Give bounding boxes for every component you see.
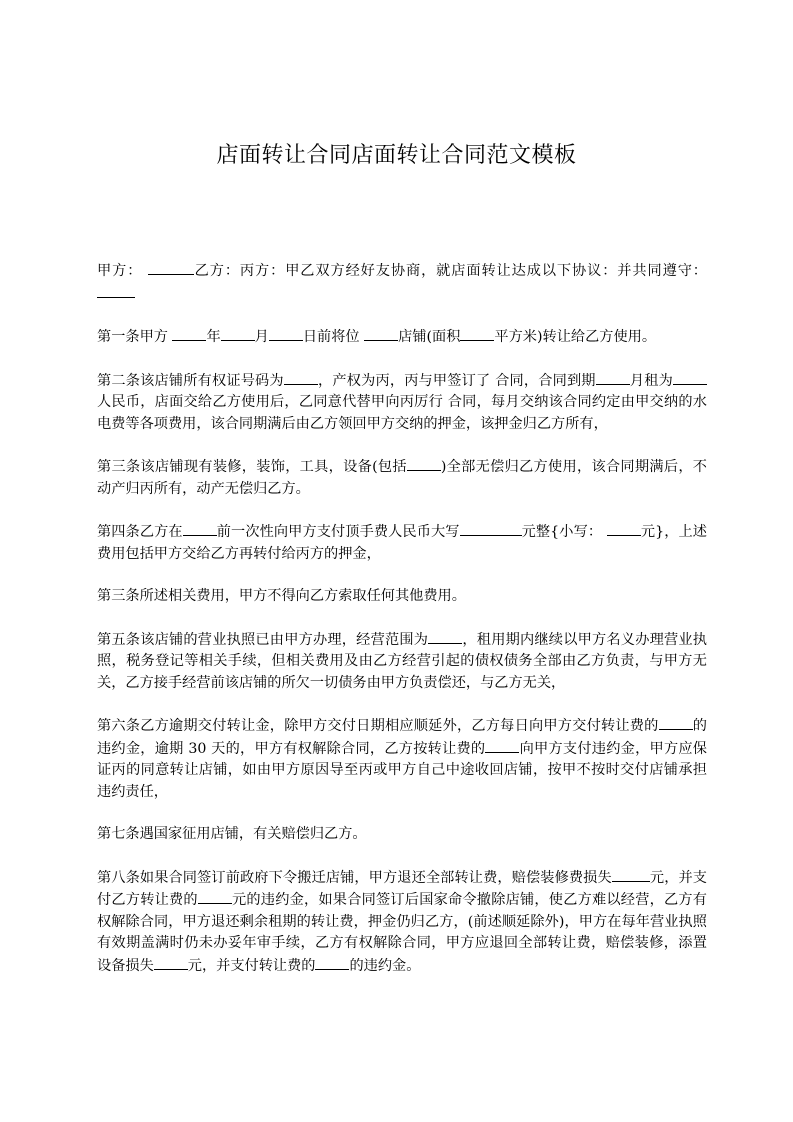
article-8: 第八条如果合同签订前政府下令搬迁店铺，甲方退还全部转让费，赔偿装修费损失元，并支… (97, 867, 707, 978)
article-1: 第一条甲方 年月日前将位 店铺(面积平方米)转让给乙方使用。 (97, 326, 707, 349)
penalty-rate-blank[interactable] (485, 738, 519, 753)
location-blank[interactable] (364, 326, 398, 341)
text: 月租为 (630, 373, 673, 389)
expiry-blank[interactable] (596, 370, 630, 385)
month-blank[interactable] (221, 326, 255, 341)
day-blank[interactable] (269, 326, 303, 341)
daily-penalty-blank[interactable] (659, 715, 693, 730)
text: 人民币，店面交给乙方使用后，乙同意代替甲向丙厉行 合同，每月交纳该合同约定由甲交… (97, 394, 707, 432)
text: 第八条如果合同签订前政府下令搬迁店铺，甲方退还全部转让费，赔偿装修费损失 (97, 870, 612, 886)
text: 日前将位 (303, 329, 364, 345)
article-4: 第四条乙方在前一次性向甲方支付顶手费人民币大写元整{小写： 元}，上述费用包括甲… (97, 521, 707, 565)
article-3: 第三条该店铺现有装修，装饰，工具，设备(包括)全部无偿归乙方使用，该合同期满后，… (97, 456, 707, 500)
article-7: 第七条遇国家征用店铺，有关赔偿归乙方。 (97, 824, 707, 846)
article-3b: 第三条所述相关费用，甲方不得向乙方索取任何其他费用。 (97, 586, 707, 608)
document-page: 店面转让合同店面转让合同范文模板 甲方： 乙方：丙方：甲乙双方经好友协商，就店面… (0, 0, 793, 1122)
text: 第二条该店铺所有权证号码为 (97, 373, 284, 389)
text: 月 (255, 329, 269, 345)
text: 第五条该店铺的营业执照已由甲方办理，经营范围为 (97, 632, 428, 648)
party-a-label: 甲方： (97, 263, 142, 279)
article-2: 第二条该店铺所有权证号码为，产权为丙，丙与甲签订了 合同，合同到期月租为人民币，… (97, 370, 707, 436)
signature-blank[interactable] (97, 283, 135, 298)
text: 店铺(面积 (398, 329, 460, 345)
area-blank[interactable] (460, 326, 494, 341)
business-scope-blank[interactable] (428, 629, 462, 644)
certificate-number-blank[interactable] (284, 370, 318, 385)
text: 元，并支付转让费的 (188, 958, 316, 974)
equipment-loss-blank[interactable] (154, 955, 188, 970)
text: 第一条甲方 (97, 329, 172, 345)
intro-paragraph: 甲方： 乙方：丙方：甲乙双方经好友协商，就店面转让达成以下协议：并共同遵守： (97, 260, 707, 305)
payment-date-blank[interactable] (183, 521, 217, 536)
intro-text: 乙方：丙方：甲乙双方经好友协商，就店面转让达成以下协议：并共同遵守： (194, 263, 707, 279)
text: ，产权为丙，丙与甲签订了 合同，合同到期 (318, 373, 596, 389)
text: 第六条乙方逾期交付转让金，除甲方交付日期相应顺延外，乙方每日向甲方交付转让费的 (97, 718, 659, 734)
text: 元整{小写： (522, 524, 603, 540)
year-blank[interactable] (172, 326, 206, 341)
article-6: 第六条乙方逾期交付转让金，除甲方交付日期相应顺延外，乙方每日向甲方交付转让费的的… (97, 715, 707, 803)
rent-blank[interactable] (673, 370, 707, 385)
document-title: 店面转让合同店面转让合同范文模板 (0, 138, 793, 169)
text: 第三条该店铺现有装修，装饰，工具，设备(包括 (97, 459, 407, 475)
amount-words-blank[interactable] (460, 521, 522, 536)
article-5: 第五条该店铺的营业执照已由甲方办理，经营范围为，租用期内继续以甲方名义办理营业执… (97, 629, 707, 695)
party-a-blank[interactable] (148, 260, 194, 275)
decoration-loss-blank[interactable] (612, 867, 650, 882)
text: 年 (206, 329, 220, 345)
equipment-blank[interactable] (407, 456, 441, 471)
penalty-blank[interactable] (315, 955, 349, 970)
text: 的违约金。 (349, 958, 420, 974)
document-body: 甲方： 乙方：丙方：甲乙双方经好友协商，就店面转让达成以下协议：并共同遵守： 第… (97, 260, 707, 998)
amount-figures-blank[interactable] (607, 521, 641, 536)
text: 前一次性向甲方支付顶手费人民币大写 (217, 524, 460, 540)
text: 第四条乙方在 (97, 524, 183, 540)
transfer-fee-blank[interactable] (198, 889, 232, 904)
text: 平方米)转让给乙方使用。 (494, 329, 656, 345)
